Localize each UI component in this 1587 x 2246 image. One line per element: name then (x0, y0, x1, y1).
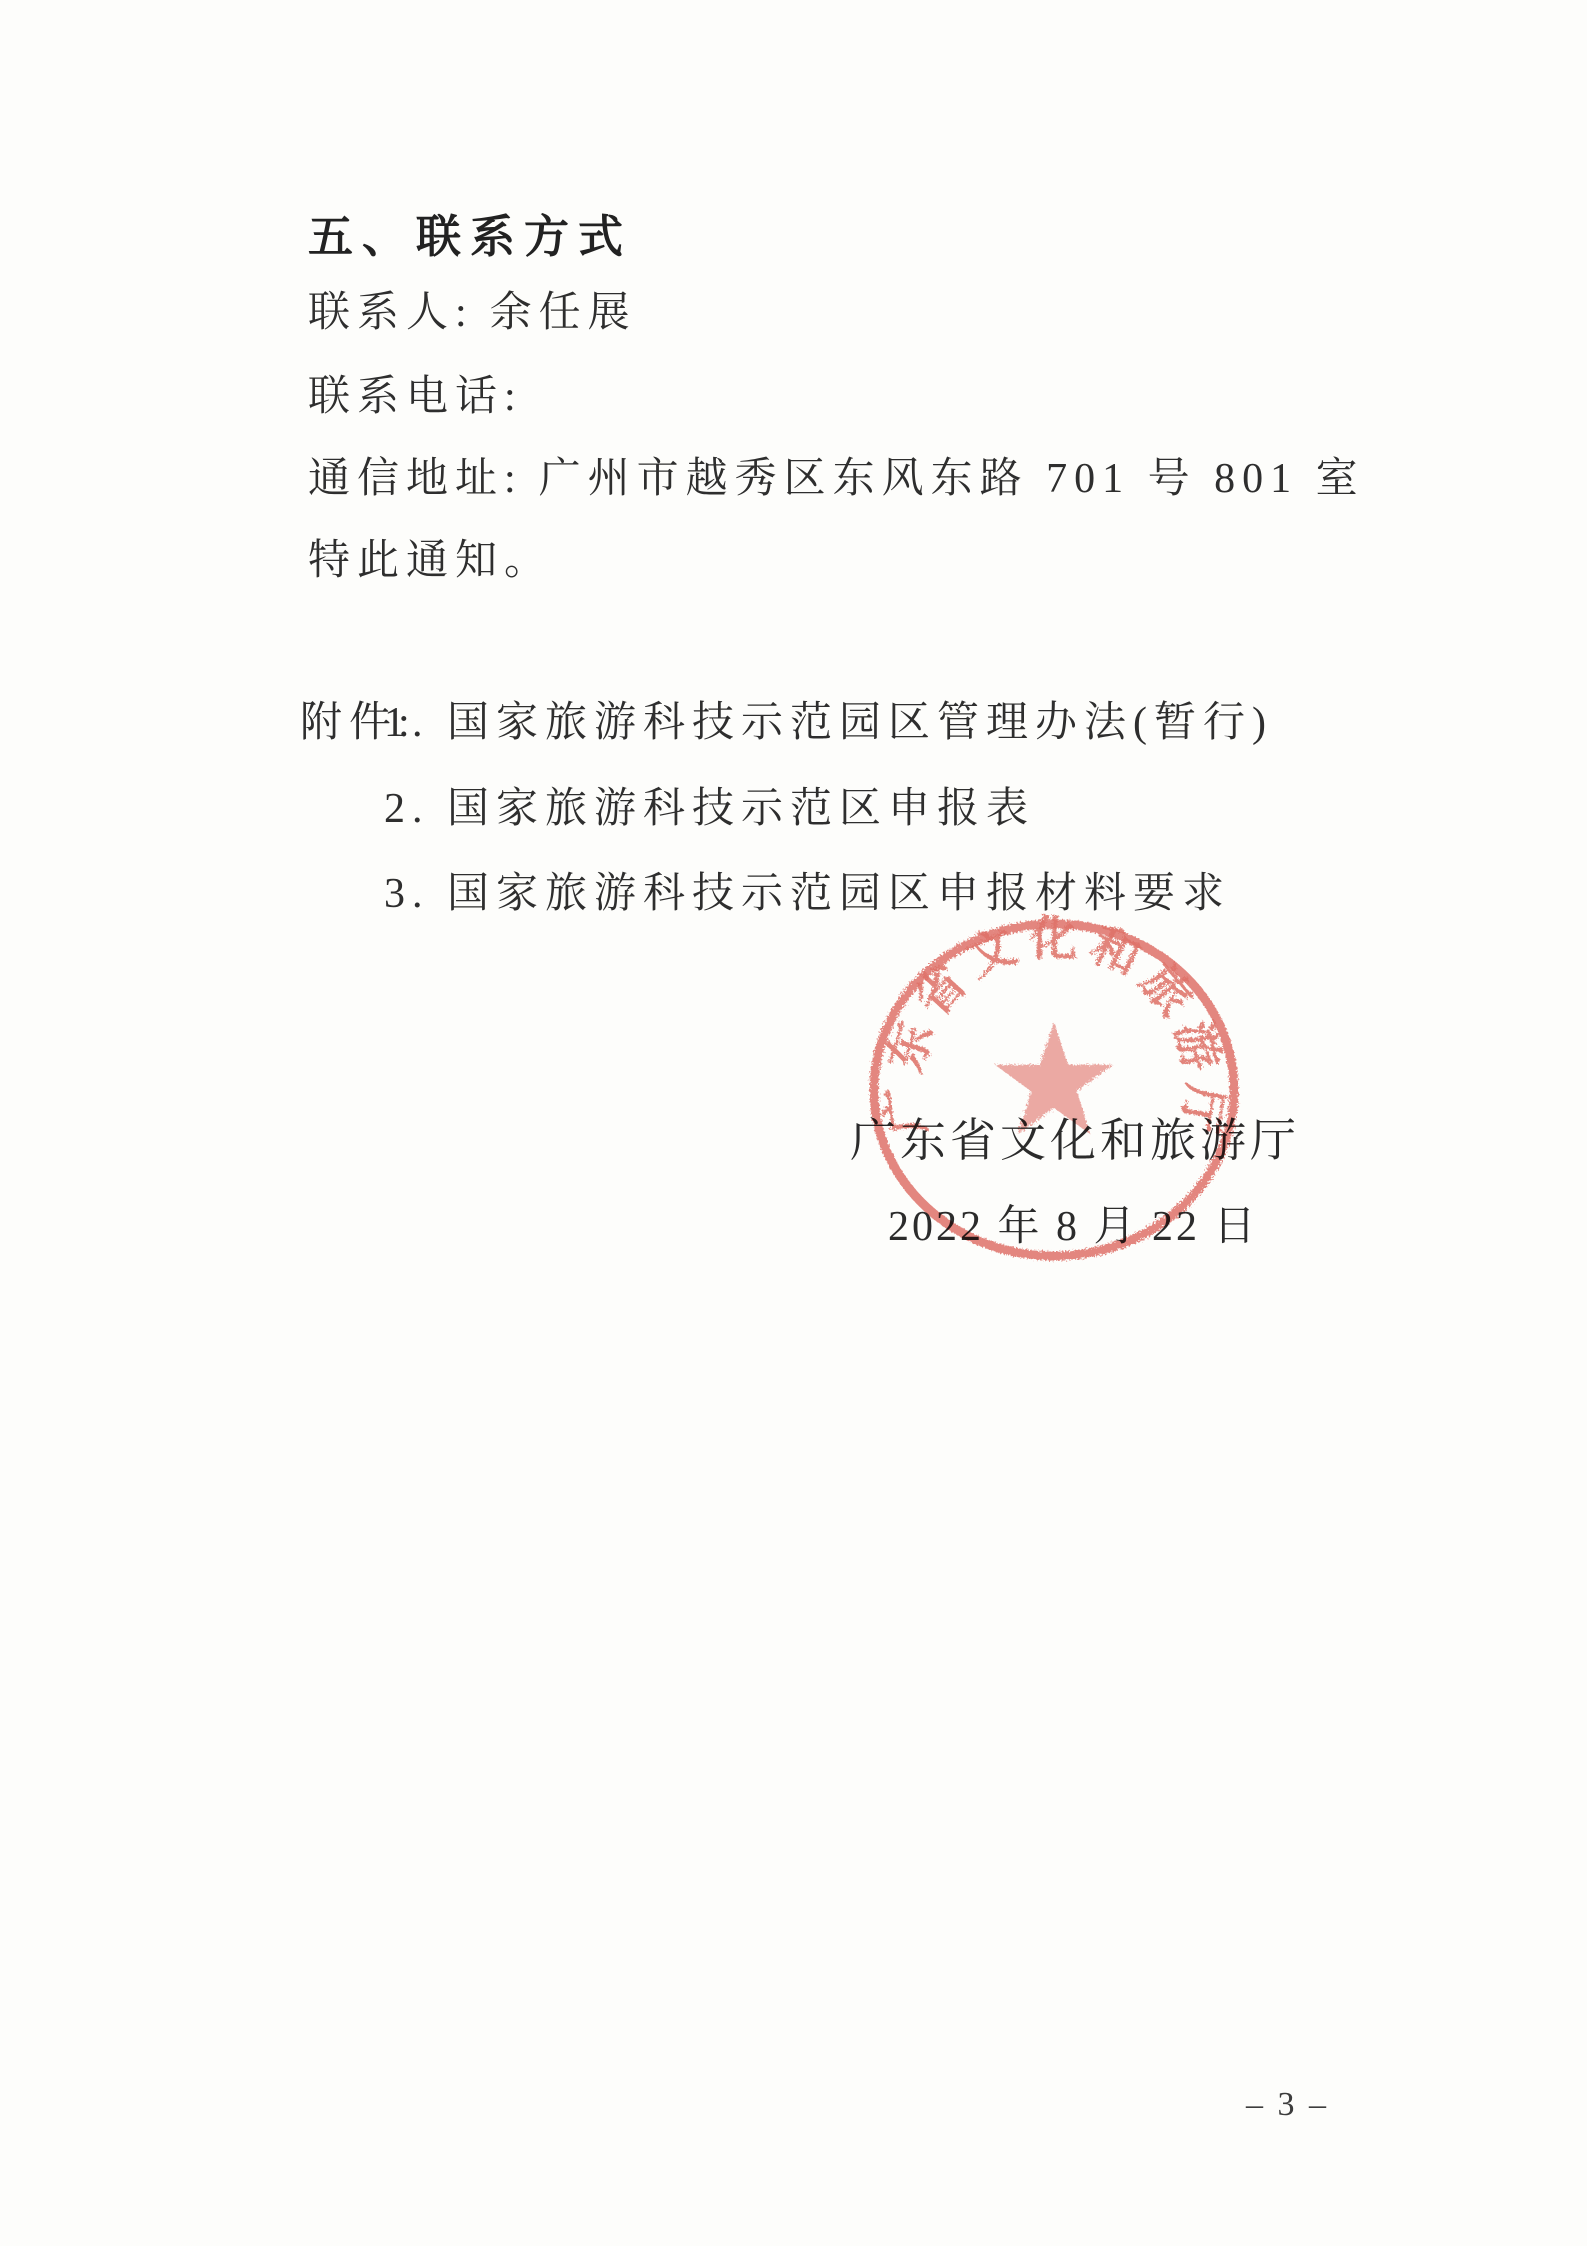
issuer-signature: 广东省文化和旅游厅 (850, 1118, 1300, 1164)
page-number: – 3 – (1246, 2086, 1329, 2124)
seal-arc-text: 广东省文化和旅游厅 (877, 912, 1231, 1146)
contact-person-label: 联系人: (308, 292, 474, 334)
address-value: 广州市越秀区东风东路 701 号 801 室 (539, 458, 1365, 500)
contact-person-value: 余任展 (490, 292, 637, 334)
issue-date: 2022 年 8 月 22 日 (888, 1206, 1259, 1248)
attachment-item: 1. 国家旅游科技示范园区管理办法(暂行) (384, 702, 1273, 744)
contact-person-row: 联系人:余任展 (308, 292, 637, 334)
section-heading: 五、联系方式 (308, 200, 632, 265)
attachment-item: 2. 国家旅游科技示范区申报表 (384, 788, 1035, 830)
contact-phone-label: 联系电话: (308, 376, 523, 418)
document-page: 五、联系方式 联系人:余任展 联系电话: 通信地址:广州市越秀区东风东路 701… (0, 0, 1587, 2246)
svg-text:广东省文化和旅游厅: 广东省文化和旅游厅 (877, 912, 1231, 1146)
address-label: 通信地址: (308, 458, 523, 500)
address-row: 通信地址:广州市越秀区东风东路 701 号 801 室 (308, 458, 1365, 500)
closing-text: 特此通知。 (308, 540, 553, 582)
attachment-item: 3. 国家旅游科技示范园区申报材料要求 (384, 873, 1231, 915)
contact-phone-row: 联系电话: (308, 376, 539, 418)
